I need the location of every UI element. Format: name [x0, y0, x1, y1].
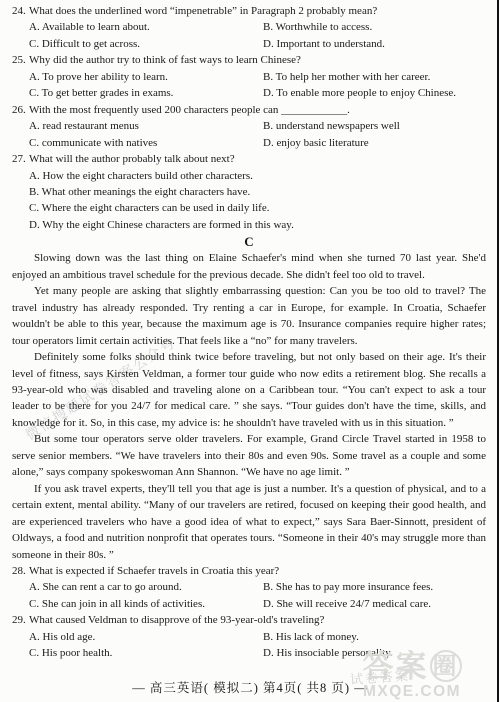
option-a: A. His old age.	[29, 629, 263, 645]
question-stem: Why did the author try to think of fast …	[29, 54, 301, 66]
option-d: D. Important to understand.	[263, 36, 486, 52]
question-stem: What is expected if Schaefer travels in …	[29, 565, 279, 577]
scan-edge-line	[497, 0, 499, 702]
passage-paragraph-2: Yet many people are asking that slightly…	[12, 283, 486, 349]
question-26-options: A. read restaurant menus B. understand n…	[29, 118, 486, 151]
passage-paragraph-1: Slowing down was the last thing on Elain…	[12, 250, 486, 283]
question-number: 26.	[12, 102, 29, 118]
question-26: 26.With the most frequently used 200 cha…	[12, 102, 486, 151]
question-24: 24.What does the underlined word “impene…	[12, 3, 486, 52]
option-c: C. Difficult to get across.	[29, 36, 263, 52]
option-a: A. To prove her ability to learn.	[29, 69, 263, 85]
option-b: B. understand newspapers well	[263, 118, 486, 134]
option-b: B. What other meanings the eight charact…	[29, 184, 486, 200]
option-a: A. How the eight characters build other …	[29, 168, 486, 184]
page-footer: — 高三英语( 模拟二) 第4页( 共8 页) —	[0, 680, 500, 696]
question-24-options: A. Available to learn about. B. Worthwhi…	[29, 19, 486, 52]
question-29-stem-row: 29.What caused Veldman to disapprove of …	[12, 612, 486, 628]
question-27: 27.What will the author probably talk ab…	[12, 151, 486, 233]
question-number: 29.	[12, 612, 29, 628]
exam-page: 24.What does the underlined word “impene…	[0, 0, 500, 702]
question-24-stem-row: 24.What does the underlined word “impene…	[12, 3, 486, 19]
question-stem: With the most frequently used 200 charac…	[29, 104, 350, 116]
option-b: B. She has to pay more insurance fees.	[263, 579, 486, 595]
option-a: A. read restaurant menus	[29, 118, 263, 134]
passage-paragraph-3: Definitely some folks should think twice…	[12, 349, 486, 431]
question-25-stem-row: 25.Why did the author try to think of fa…	[12, 52, 486, 68]
question-25-options: A. To prove her ability to learn. B. To …	[29, 69, 486, 102]
option-c: C. communicate with natives	[29, 135, 263, 151]
question-number: 27.	[12, 151, 29, 167]
passage-paragraph-5: If you ask travel experts, they'll tell …	[12, 481, 486, 563]
option-d: D. She will receive 24/7 medical care.	[263, 596, 486, 612]
question-25: 25.Why did the author try to think of fa…	[12, 52, 486, 101]
option-b: B. Worthwhile to access.	[263, 19, 486, 35]
question-number: 28.	[12, 563, 29, 579]
passage-section-title: C	[12, 233, 486, 250]
option-b: B. His lack of money.	[263, 629, 486, 645]
option-b: B. To help her mother with her career.	[263, 69, 486, 85]
question-stem: What will the author probably talk about…	[29, 153, 235, 165]
question-28-options: A. She can rent a car to go around. B. S…	[29, 579, 486, 612]
option-c: C. She can join in all kinds of activiti…	[29, 596, 263, 612]
option-d: D. To enable more people to enjoy Chines…	[263, 85, 486, 101]
question-28: 28.What is expected if Schaefer travels …	[12, 563, 486, 612]
option-a: A. Available to learn about.	[29, 19, 263, 35]
option-a: A. She can rent a car to go around.	[29, 579, 263, 595]
option-d: D. His insociable personality.	[263, 645, 486, 661]
option-c: C. His poor health.	[29, 645, 263, 661]
option-c: C. To get better grades in exams.	[29, 85, 263, 101]
question-28-stem-row: 28.What is expected if Schaefer travels …	[12, 563, 486, 579]
question-stem: What does the underlined word “impenetra…	[29, 5, 377, 17]
question-27-options: A. How the eight characters build other …	[29, 168, 486, 234]
passage-paragraph-4: But some tour operators serve older trav…	[12, 431, 486, 480]
question-number: 24.	[12, 3, 29, 19]
question-number: 25.	[12, 52, 29, 68]
option-d: D. Why the eight Chinese characters are …	[29, 217, 486, 233]
question-stem: What caused Veldman to disapprove of the…	[29, 614, 324, 626]
question-29: 29.What caused Veldman to disapprove of …	[12, 612, 486, 661]
option-d: D. enjoy basic literature	[263, 135, 486, 151]
question-27-stem-row: 27.What will the author probably talk ab…	[12, 151, 486, 167]
passage-body: Slowing down was the last thing on Elain…	[12, 250, 486, 563]
question-26-stem-row: 26.With the most frequently used 200 cha…	[12, 102, 486, 118]
option-c: C. Where the eight characters can be use…	[29, 200, 486, 216]
question-29-options: A. His old age. B. His lack of money. C.…	[29, 629, 486, 662]
